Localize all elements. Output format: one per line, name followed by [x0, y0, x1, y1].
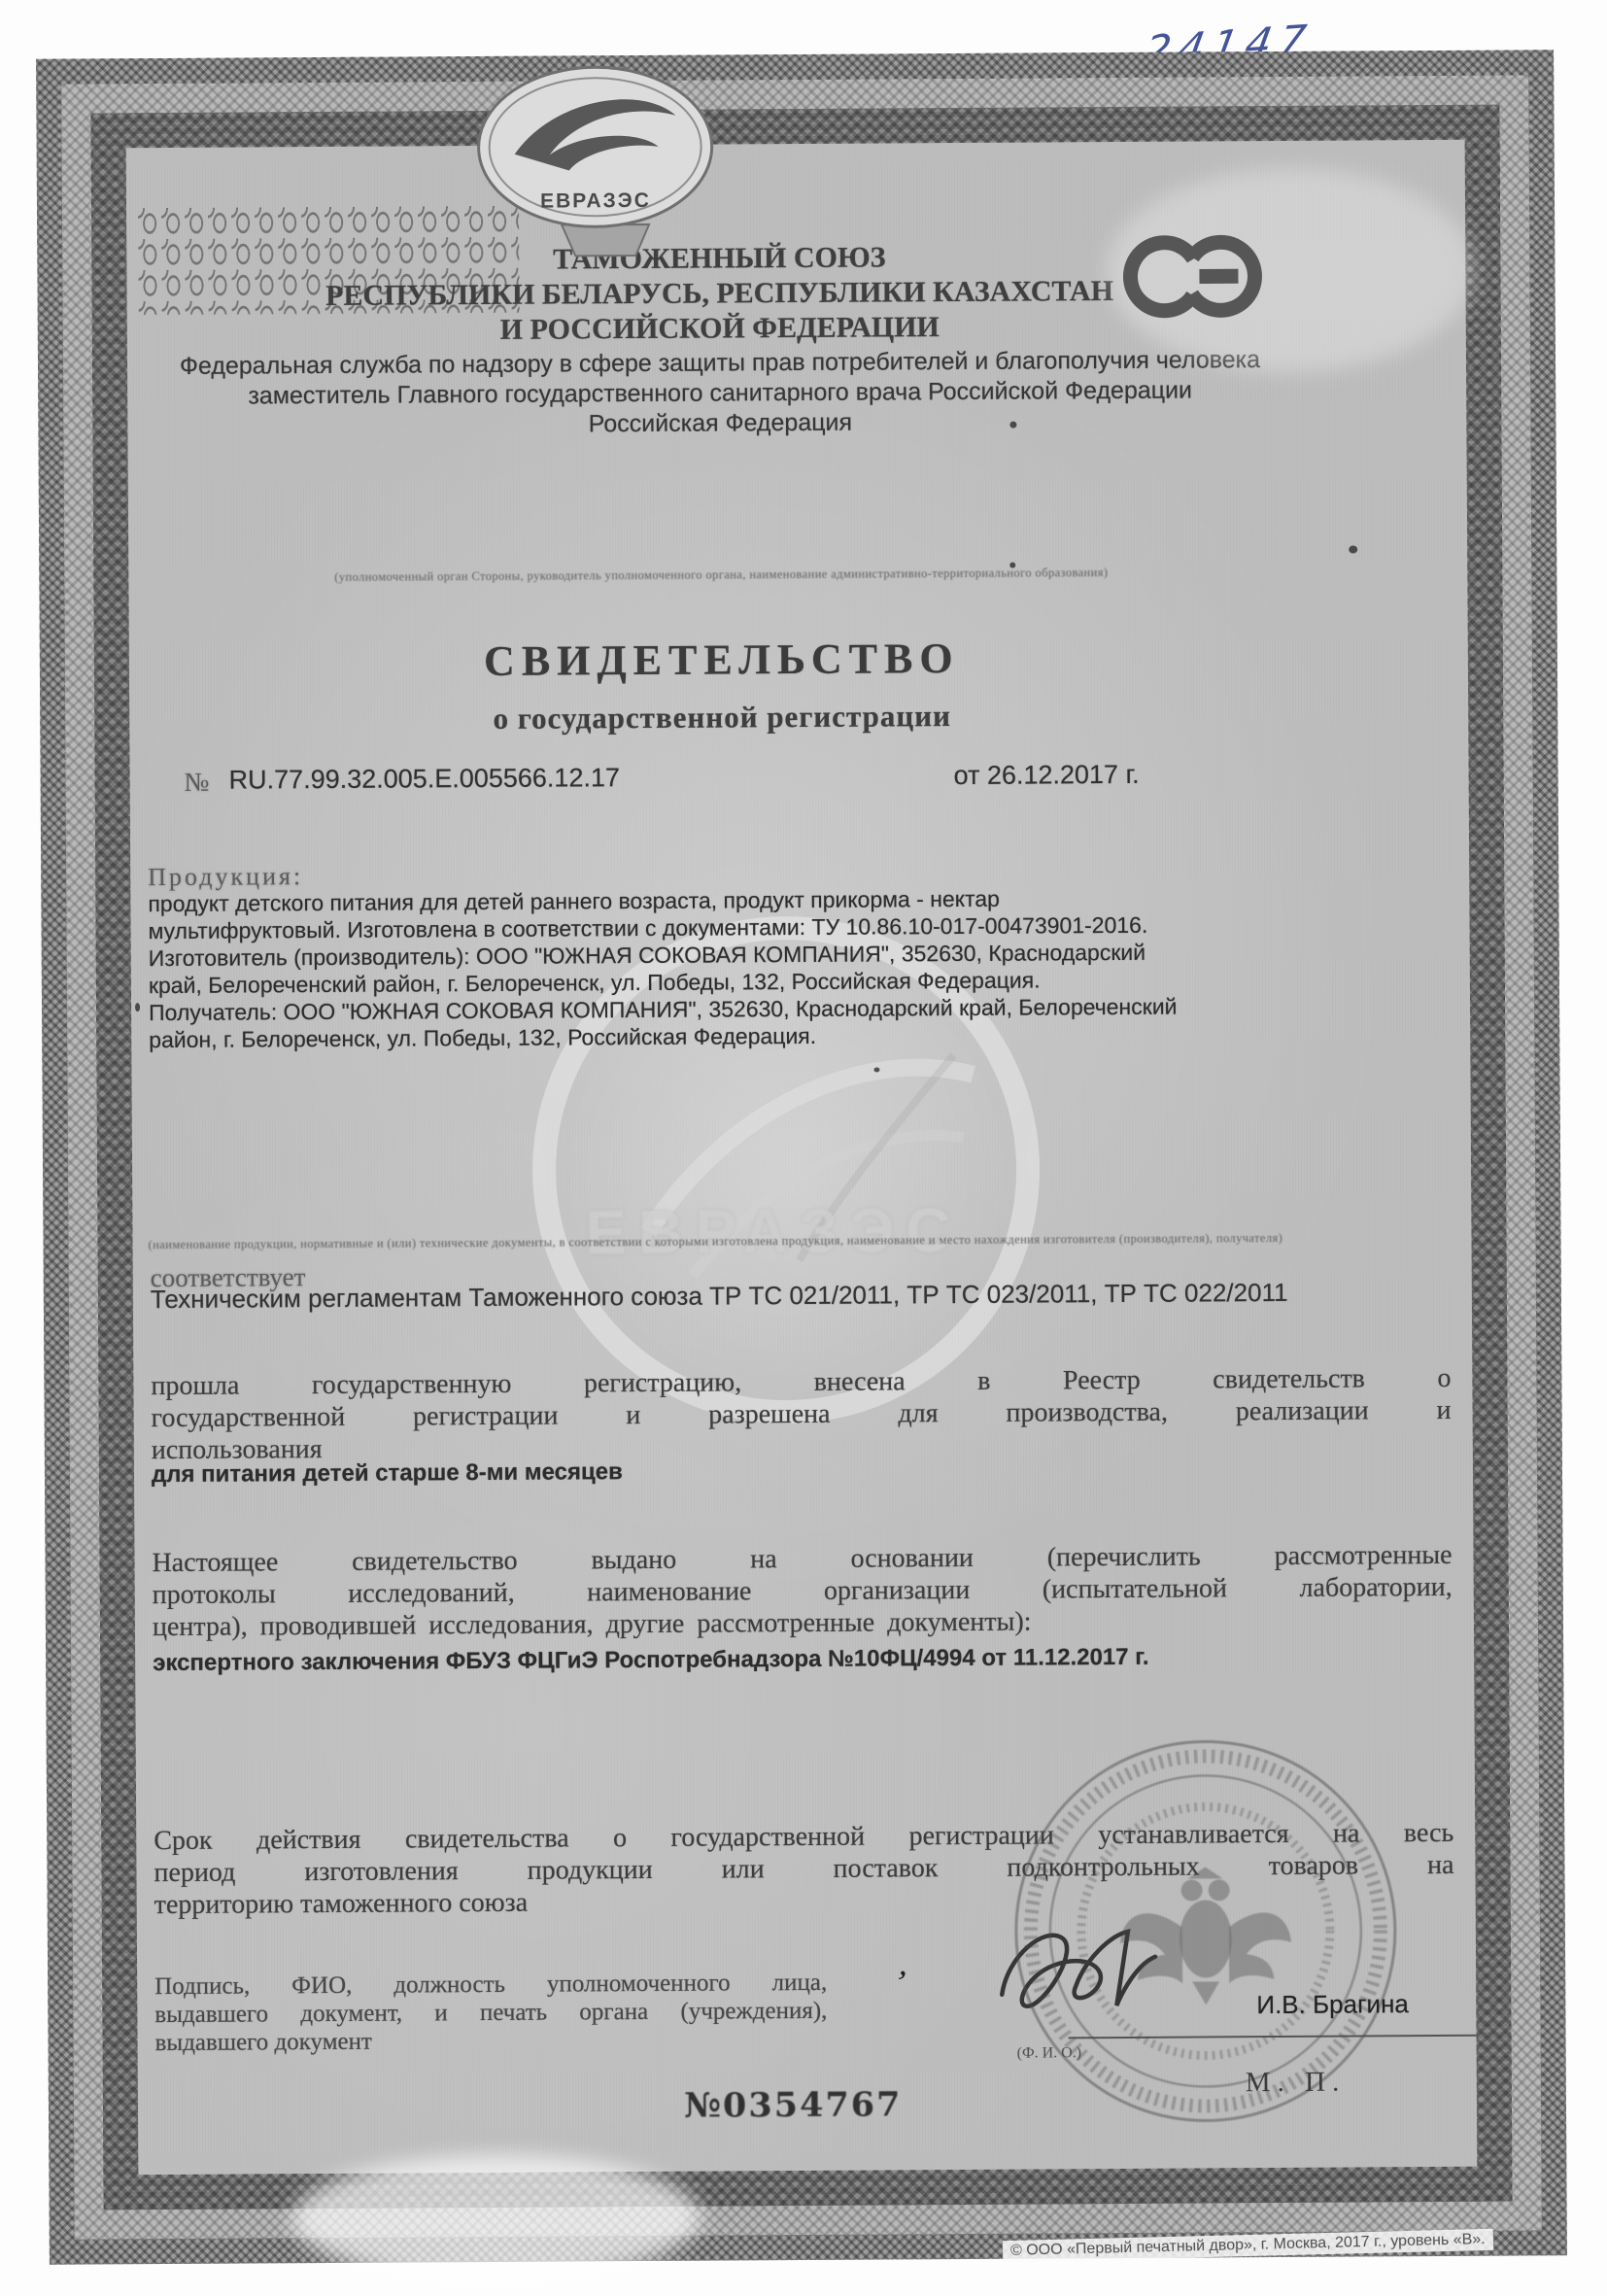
- registration-statement: прошла государственную регистрацию, внес…: [151, 1362, 1452, 1466]
- signature-caption-line: выдавшего документ, и печать органа (учр…: [154, 1997, 827, 2029]
- scanned-certificate-page: 24147: [0, 0, 1607, 2296]
- border-inner-band: ЕВРАЗЭС ТАМОЖЕННЫЙ СОЮЗ РЕСПУБЛИКИ БЕЛАР…: [90, 105, 1512, 2210]
- scanner-glare: [291, 2154, 701, 2283]
- registration-number: RU.77.99.32.005.E.005566.12.17: [229, 763, 621, 795]
- certificate-subtitle: о государственной регистрации: [139, 697, 1305, 738]
- eurasec-emblem: ЕВРАЗЭС: [463, 60, 727, 266]
- scan-speck: [1009, 422, 1016, 428]
- signature-caption-line: выдавшего документ: [154, 2025, 827, 2057]
- scan-speck: [1349, 545, 1357, 553]
- scan-speck: [1009, 563, 1015, 568]
- scan-speck: [873, 1068, 879, 1073]
- border-middle-band: ЕВРАЗЭС ТАМОЖЕННЫЙ СОЮЗ РЕСПУБЛИКИ БЕЛАР…: [61, 75, 1542, 2239]
- certificate-document: ЕВРАЗЭС ТАМОЖЕННЫЙ СОЮЗ РЕСПУБЛИКИ БЕЛАР…: [36, 50, 1567, 2264]
- eurasec-emblem-label: ЕВРАЗЭС: [540, 189, 651, 213]
- double-headed-eagle-icon: [1119, 1867, 1291, 2005]
- authority-lines: Федеральная служба по надзору в сфере за…: [137, 345, 1304, 442]
- expert-conclusion: экспертного заключения ФБУЗ ФЦГиЭ Роспот…: [153, 1644, 1149, 1677]
- basis-line: центра), проводившей исследования, други…: [153, 1603, 1453, 1643]
- pen-mark: ’: [891, 1962, 910, 2005]
- se-certification-logo-icon: [1113, 223, 1280, 330]
- signature-caption-line: Подпись, ФИО, должность уполномоченного …: [154, 1969, 827, 2001]
- blank-number: №0354767: [684, 2084, 903, 2125]
- usage-note: для питания детей старше 8-ми месяцев: [152, 1458, 623, 1489]
- border-outer-band: ЕВРАЗЭС ТАМОЖЕННЫЙ СОЮЗ РЕСПУБЛИКИ БЕЛАР…: [36, 50, 1567, 2264]
- signer-name: И.В. Брагина: [1256, 1989, 1409, 2020]
- authority-caption-smallprint: (уполномоченный орган Стороны, руководит…: [167, 565, 1275, 586]
- stamp-place-mark: М. П.: [1246, 2067, 1347, 2100]
- certificate-content: ЕВРАЗЭС ТАМОЖЕННЫЙ СОЮЗ РЕСПУБЛИКИ БЕЛАР…: [126, 140, 1478, 2175]
- scan-speck: [135, 1003, 140, 1011]
- eurasec-watermark-text: ЕВРАЗЭС: [453, 1193, 1094, 1269]
- signature-caption: Подпись, ФИО, должность уполномоченного …: [154, 1969, 828, 2057]
- product-label: Продукция:: [148, 862, 303, 892]
- registration-row: № RU.77.99.32.005.E.005566.12.17 от 26.1…: [130, 758, 1469, 805]
- basis-statement: Настоящее свидетельство выдано на основа…: [152, 1539, 1453, 1643]
- conformity-regulations: Техническим регламентам Таможенного союз…: [151, 1277, 1462, 1315]
- registration-date: от 26.12.2017 г.: [954, 760, 1140, 791]
- registration-number-label: №: [185, 768, 210, 798]
- product-description: продукт детского питания для детей ранне…: [148, 882, 1455, 1053]
- certificate-title: СВИДЕТЕЛЬСТВО: [139, 632, 1305, 688]
